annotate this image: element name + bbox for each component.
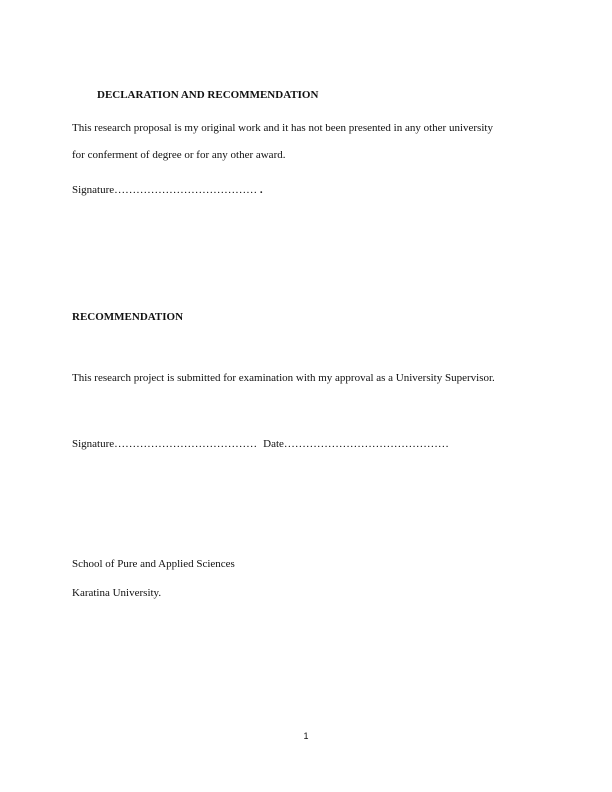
school-name: School of Pure and Applied Sciences: [72, 558, 235, 570]
signature-label: Signature…………………………………: [72, 184, 257, 196]
page-number: 1: [0, 731, 612, 741]
date-label: Date………………………………………: [263, 438, 449, 450]
recommendation-signature-line: Signature…………………………………Date………………………………………: [72, 438, 449, 450]
declaration-heading: DECLARATION AND RECOMMENDATION: [97, 89, 318, 101]
declaration-text-line-2: for conferment of degree or for any othe…: [72, 149, 285, 161]
signature-end-mark: .: [257, 184, 263, 196]
university-name: Karatina University.: [72, 587, 161, 599]
recommendation-text: This research project is submitted for e…: [72, 372, 495, 384]
recommendation-heading: RECOMMENDATION: [72, 311, 183, 323]
declaration-text-line-1: This research proposal is my original wo…: [72, 122, 493, 134]
declaration-signature-line: Signature………………………………… .: [72, 184, 263, 196]
signature-label: Signature…………………………………: [72, 438, 257, 450]
